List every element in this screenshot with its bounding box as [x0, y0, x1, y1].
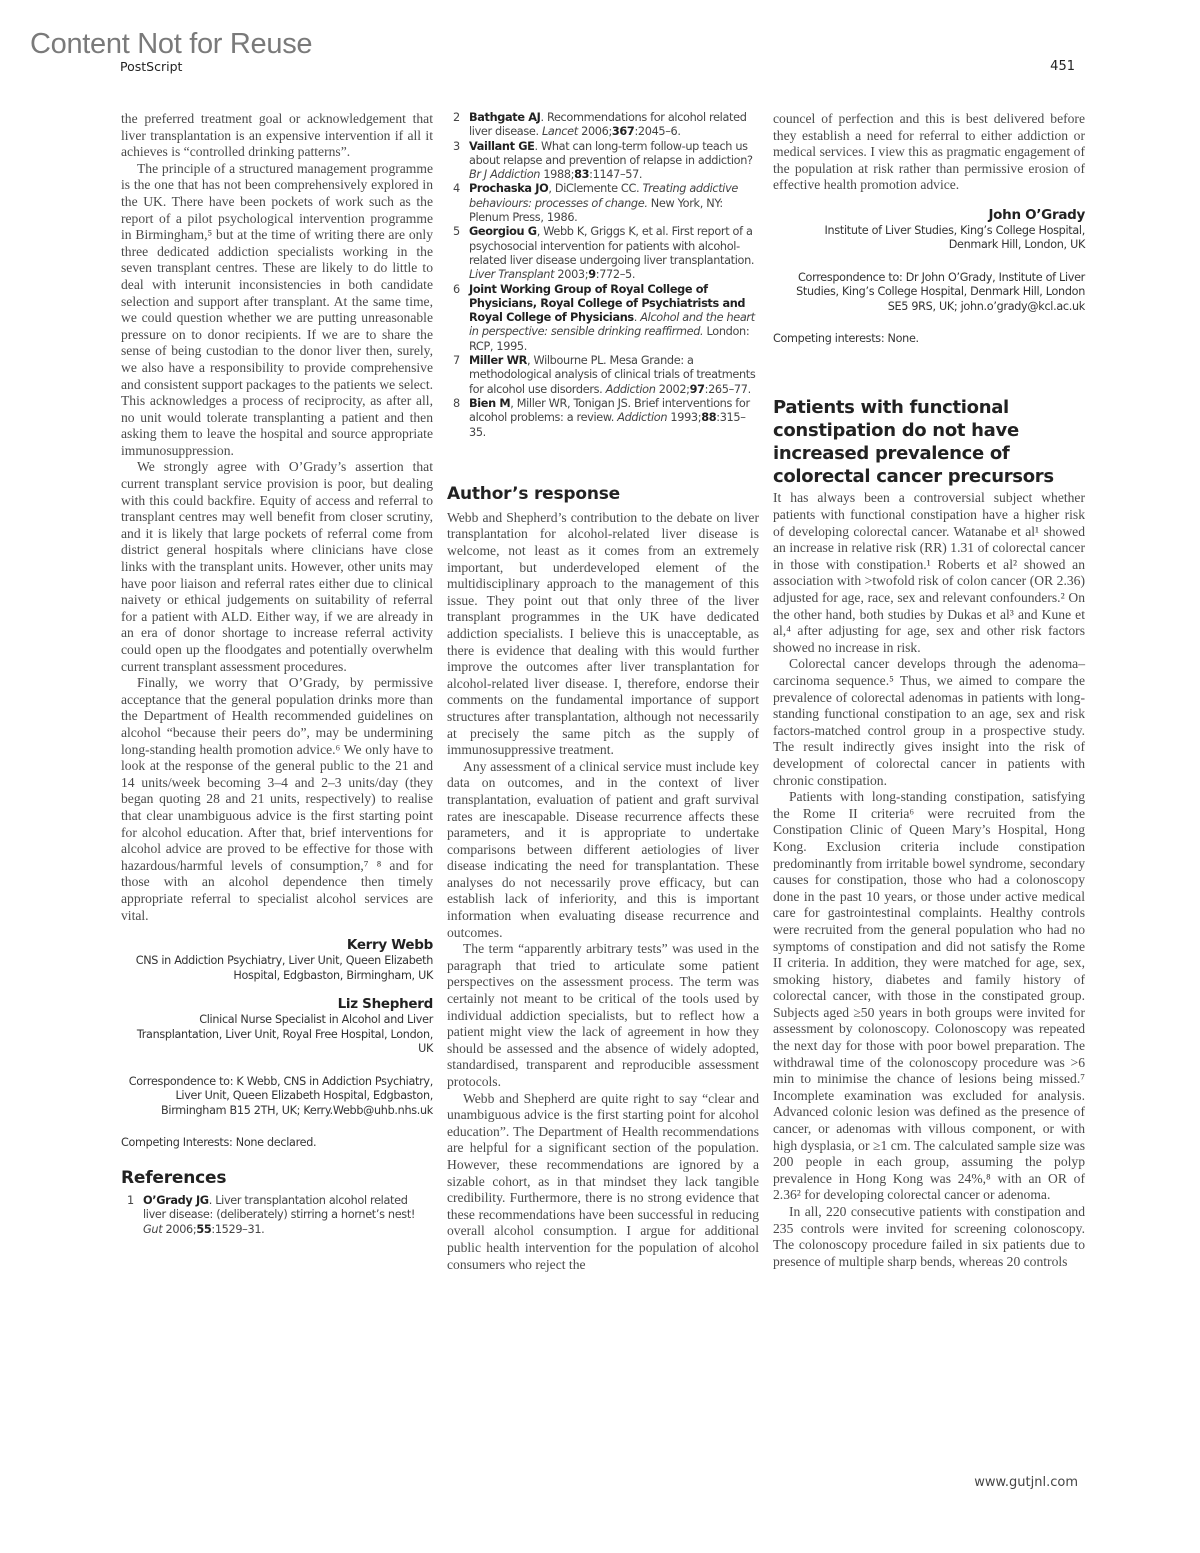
reference-item: 4 Prochaska JO, DiClemente CC. Treating … — [447, 182, 759, 225]
reference-list: 1 O’Grady JG. Liver transplantation alco… — [121, 1194, 433, 1237]
response-paragraph: Any assessment of a clinical service mus… — [447, 759, 759, 942]
correspondence: Correspondence to: K Webb, CNS in Addict… — [121, 1075, 433, 1119]
letter-paragraph: The principle of a structured management… — [121, 161, 433, 460]
competing-interests: Competing Interests: None declared. — [121, 1136, 433, 1150]
letter-paragraph: the preferred treatment goal or acknowle… — [121, 111, 433, 161]
article-paragraph: Patients with long-standing constipation… — [773, 789, 1085, 1204]
column-3: councel of perfection and this is best d… — [773, 111, 1085, 1270]
response-paragraph: councel of perfection and this is best d… — [773, 111, 1085, 194]
references-heading: References — [121, 1168, 433, 1188]
author-name: Kerry Webb — [121, 936, 433, 954]
author-name: John O’Grady — [773, 206, 1085, 224]
author-affiliation: CNS in Addiction Psychiatry, Liver Unit,… — [121, 954, 433, 983]
response-paragraph: The term “apparently arbitrary tests” wa… — [447, 941, 759, 1090]
author-name: Liz Shepherd — [121, 995, 433, 1013]
reference-item: 6 Joint Working Group of Royal College o… — [447, 283, 759, 354]
correspondence: Correspondence to: Dr John O’Grady, Inst… — [773, 271, 1085, 315]
article-paragraph: Colorectal cancer develops through the a… — [773, 656, 1085, 789]
author-affiliation: Clinical Nurse Specialist in Alcohol and… — [121, 1013, 433, 1057]
author-signature: Kerry Webb CNS in Addiction Psychiatry, … — [121, 936, 433, 1057]
reference-item: 1 O’Grady JG. Liver transplantation alco… — [121, 1194, 433, 1237]
reference-item: 7 Miller WR, Wilbourne PL. Mesa Grande: … — [447, 354, 759, 397]
reference-item: 3 Vaillant GE. What can long-term follow… — [447, 140, 759, 183]
page-number: 451 — [1050, 59, 1075, 74]
response-body-continued: councel of perfection and this is best d… — [773, 111, 1085, 194]
response-paragraph: Webb and Shepherd are quite right to say… — [447, 1091, 759, 1274]
column-1: the preferred treatment goal or acknowle… — [121, 111, 433, 1237]
response-paragraph: Webb and Shepherd’s contribution to the … — [447, 510, 759, 759]
reference-list: 2 Bathgate AJ. Recommendations for alcoh… — [447, 111, 759, 440]
reference-item: 8 Bien M, Miller WR, Tonigan JS. Brief i… — [447, 397, 759, 440]
reference-item: 2 Bathgate AJ. Recommendations for alcoh… — [447, 111, 759, 140]
article-body: It has always been a controversial subje… — [773, 490, 1085, 1270]
letter-paragraph: Finally, we worry that O’Grady, by permi… — [121, 675, 433, 924]
letter-body: the preferred treatment goal or acknowle… — [121, 111, 433, 924]
article-title: Patients with functional constipation do… — [773, 396, 1085, 488]
journal-url[interactable]: www.gutjnl.com — [974, 1475, 1078, 1490]
article-paragraph: In all, 220 consecutive patients with co… — [773, 1204, 1085, 1270]
letter-paragraph: We strongly agree with O’Grady’s asserti… — [121, 459, 433, 675]
authors-response-heading: Author’s response — [447, 484, 759, 504]
column-2: 2 Bathgate AJ. Recommendations for alcoh… — [447, 111, 759, 1273]
reference-item: 5 Georgiou G, Webb K, Griggs K, et al. F… — [447, 225, 759, 282]
watermark: Content Not for Reuse — [30, 28, 312, 61]
author-signature: John O’Grady Institute of Liver Studies,… — [773, 206, 1085, 253]
response-body: Webb and Shepherd’s contribution to the … — [447, 510, 759, 1273]
author-affiliation: Institute of Liver Studies, King’s Colle… — [773, 224, 1085, 253]
competing-interests: Competing interests: None. — [773, 332, 1085, 346]
article-paragraph: It has always been a controversial subje… — [773, 490, 1085, 656]
running-head: PostScript — [120, 59, 182, 74]
